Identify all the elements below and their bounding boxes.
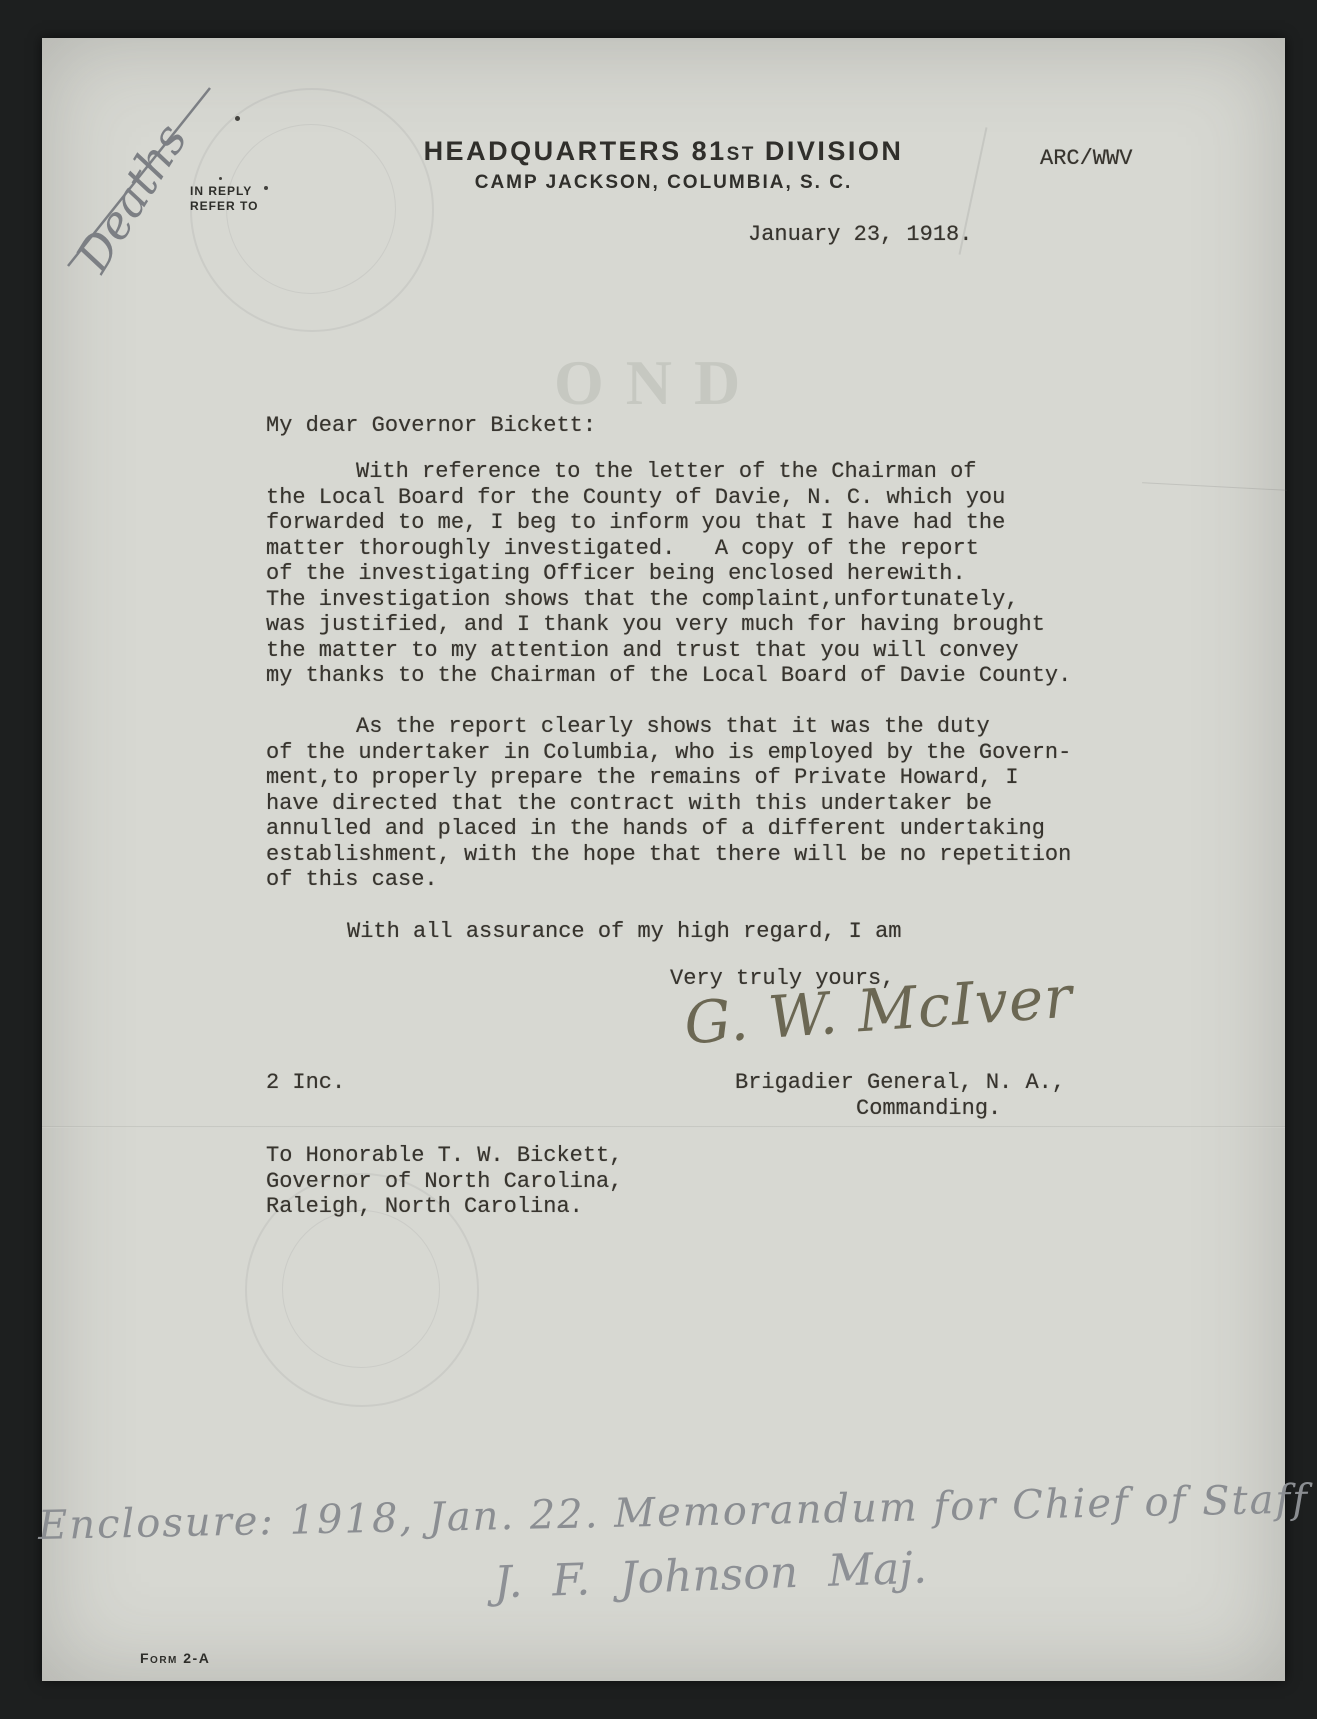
body-line: was justified, and I thank you very much…	[266, 612, 1071, 638]
recipient-address-block: To Honorable T. W. Bickett, Governor of …	[266, 1143, 622, 1220]
body-line: have directed that the contract with thi…	[266, 791, 1071, 817]
body-line: of the investigating Officer being enclo…	[266, 561, 1071, 587]
letterhead-org-part1: HEADQUARTERS 81	[424, 136, 727, 166]
fold-crease-horizontal	[42, 1126, 1285, 1128]
body-line: matter thoroughly investigated. A copy o…	[266, 536, 1071, 562]
embossed-seal-bottom-inner	[282, 1210, 440, 1368]
signer-title-line1: Brigadier General, N. A.,	[735, 1070, 1065, 1096]
body-line: of the undertaker in Columbia, who is em…	[266, 740, 1071, 766]
body-line: my thanks to the Chairman of the Local B…	[266, 663, 1071, 689]
recipient-line: Raleigh, North Carolina.	[266, 1194, 622, 1220]
letterhead-org-part2: DIVISION	[765, 136, 904, 166]
fold-crease-rightedge	[1142, 482, 1287, 491]
body-line: of this case.	[266, 867, 1071, 893]
paper-watermark-fragment: OND	[554, 346, 762, 420]
body-line: With reference to the letter of the Chai…	[266, 459, 1071, 485]
paragraph-1: With reference to the letter of the Chai…	[266, 459, 1071, 689]
closing-line: With all assurance of my high regard, I …	[347, 919, 902, 945]
enclosure-count: 2 Inc.	[266, 1070, 345, 1096]
body-line: forwarded to me, I beg to inform you tha…	[266, 510, 1071, 536]
recipient-line: Governor of North Carolina,	[266, 1169, 622, 1195]
body-line: the matter to my attention and trust tha…	[266, 638, 1071, 664]
body-line: the Local Board for the County of Davie,…	[266, 485, 1071, 511]
reference-code: ARC/WWV	[1040, 146, 1132, 172]
salutation: My dear Governor Bickett:	[266, 413, 596, 439]
paragraph-2: As the report clearly shows that it was …	[266, 714, 1071, 893]
enclosure-note-line2: J. F. Johnson Maj.	[493, 1542, 927, 1608]
form-number: Form 2-A	[140, 1650, 210, 1666]
letter-scan-page: OND Deaths HEADQUARTERS 81STDIVISION CAM…	[42, 38, 1285, 1681]
body-line: annulled and placed in the hands of a di…	[266, 816, 1071, 842]
body-line: As the report clearly shows that it was …	[266, 714, 1071, 740]
body-line: ment,to properly prepare the remains of …	[266, 765, 1071, 791]
body-line: The investigation shows that the complai…	[266, 587, 1071, 613]
in-reply-refer-to-note: IN REPLY REFER TO	[190, 184, 258, 214]
signer-title-line2: Commanding.	[856, 1096, 1001, 1122]
body-line: establishment, with the hope that there …	[266, 842, 1071, 868]
recipient-line: To Honorable T. W. Bickett,	[266, 1143, 622, 1169]
enclosure-note-line1: Enclosure: 1918, Jan. 22. Memorandum for…	[38, 1477, 1279, 1549]
letterhead-org-ordinal: ST	[727, 144, 756, 165]
letter-date: January 23, 1918.	[748, 222, 972, 248]
